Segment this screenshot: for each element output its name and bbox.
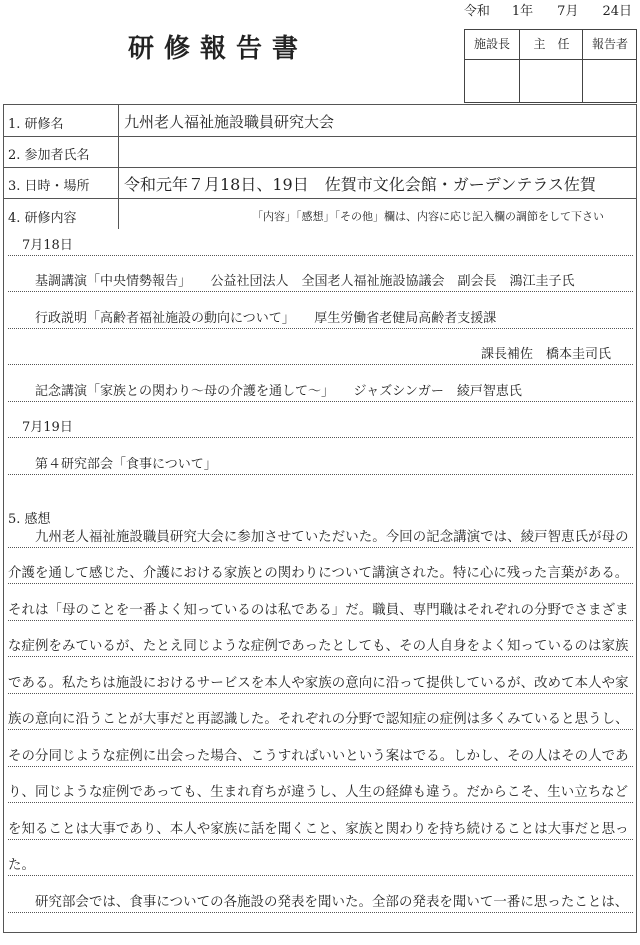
- section-note: 「内容」「感想」「その他」欄は、内容に応じ記入欄の調節をして下さい: [252, 208, 604, 224]
- date-month: 7月: [557, 0, 578, 19]
- impression-line[interactable]: を知ることは大事であり、本人や家族に話を聞くこと、家族と関わりを持ち続けることは…: [8, 821, 633, 840]
- impression-line[interactable]: その分同じような症例に出会った場合、こうすればいいという案はでる。しかし、その人…: [8, 748, 633, 767]
- field-row-training-name: 1. 研修名 九州老人福祉施設職員研究大会: [4, 105, 636, 137]
- impression-line[interactable]: 族の意向に沿うことが大事だと再認識した。それぞれの分野で認知症の症例は多くみてい…: [8, 711, 633, 730]
- field-value[interactable]: 令和元年７月18日、19日 佐賀市文化会館・ガーデンテラス佐賀: [124, 172, 596, 195]
- field-row-datetime-place: 3. 日時・場所 令和元年７月18日、19日 佐賀市文化会館・ガーデンテラス佐賀: [4, 167, 636, 199]
- field-row-participant: 2. 参加者氏名: [4, 136, 636, 168]
- report-date: 令和1年7月24日: [464, 0, 632, 19]
- impression-line[interactable]: である。私たちは施設におけるサービスを本人や家族の意向に沿って提供しているが、改…: [8, 675, 633, 694]
- field-label: 2. 参加者氏名: [8, 144, 90, 163]
- impression-line[interactable]: 介護を通して感じた、介護における家族との関わりについて講演された。特に心に残った…: [8, 565, 633, 584]
- approval-stamp-table: 施設長 主 任 報告者: [464, 29, 637, 103]
- impression-line[interactable]: 九州老人福祉施設職員研究大会に参加させていただいた。今回の記念講演では、綾戸智恵…: [8, 529, 633, 548]
- content-line[interactable]: 行政説明「高齢者福祉施設の動向について」 厚生労働省老健局高齢者支援課: [8, 310, 633, 329]
- impression-line[interactable]: な症例をみているが、たとえ同じような症例であったとしても、その人自身をよく知って…: [8, 638, 633, 657]
- impression-line[interactable]: た。: [8, 857, 633, 876]
- impression-line[interactable]: 研究部会では、食事についての各施設の発表を聞いた。全部の発表を聞いて一番に思った…: [8, 894, 633, 913]
- impression-line[interactable]: それは「母のことを一番よく知っているのは私である」だ。職員、専門職はそれぞれの分…: [8, 602, 633, 621]
- content-line[interactable]: 課長補佐 橋本圭司氏: [8, 346, 633, 365]
- approval-label-reporter: 報告者: [583, 30, 637, 59]
- field-label: 1. 研修名: [8, 113, 64, 132]
- content-line[interactable]: 基調講演「中央情勢報告」 公益社団法人 全国老人福祉施設協議会 副会長 鴻江圭子…: [8, 273, 633, 292]
- content-line[interactable]: 7月18日: [8, 237, 633, 256]
- report-form: 1. 研修名 九州老人福祉施設職員研究大会 2. 参加者氏名 3. 日時・場所 …: [3, 104, 637, 933]
- date-year: 1年: [512, 0, 533, 19]
- impression-line[interactable]: り、同じような症例であっても、生まれ育ちが違うし、人生の経緯も違う。だからこそ、…: [8, 784, 633, 803]
- field-label: 3. 日時・場所: [8, 175, 90, 194]
- content-line[interactable]: 記念講演「家族との関わり～母の介護を通して～」 ジャズシンガー 綾戸智恵氏: [8, 383, 633, 402]
- date-era: 令和: [464, 0, 490, 19]
- field-value[interactable]: 九州老人福祉施設職員研究大会: [124, 111, 334, 132]
- content-line[interactable]: 第４研究部会「食事について」: [8, 456, 633, 475]
- approval-label-chief: 主 任: [520, 30, 583, 59]
- section-impressions-label: 5. 感想: [8, 508, 51, 527]
- section-content-label: 4. 研修内容: [8, 207, 77, 226]
- content-line[interactable]: 7月19日: [8, 419, 633, 438]
- approval-label-director: 施設長: [465, 30, 519, 59]
- document-title: 研修報告書: [128, 28, 308, 65]
- date-day: 24日: [602, 0, 632, 19]
